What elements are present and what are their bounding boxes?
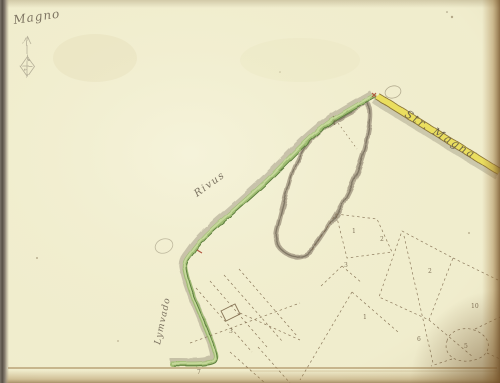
parcel-number: 2 <box>428 268 432 275</box>
parcel-number: 2 <box>380 236 384 243</box>
parcel-number: 1 <box>352 228 356 235</box>
parcel-number: 3 <box>229 328 233 335</box>
parcel-number: 4 <box>332 120 336 127</box>
parcel-number: 3 <box>344 262 348 269</box>
scanned-map-page: Magno Str. Magna Rivus Lymvado 412321106… <box>0 0 500 383</box>
map-canvas: Magno Str. Magna Rivus Lymvado 412321106… <box>0 0 500 383</box>
binding-edge <box>0 0 9 383</box>
parcel-number: 1 <box>363 314 367 321</box>
